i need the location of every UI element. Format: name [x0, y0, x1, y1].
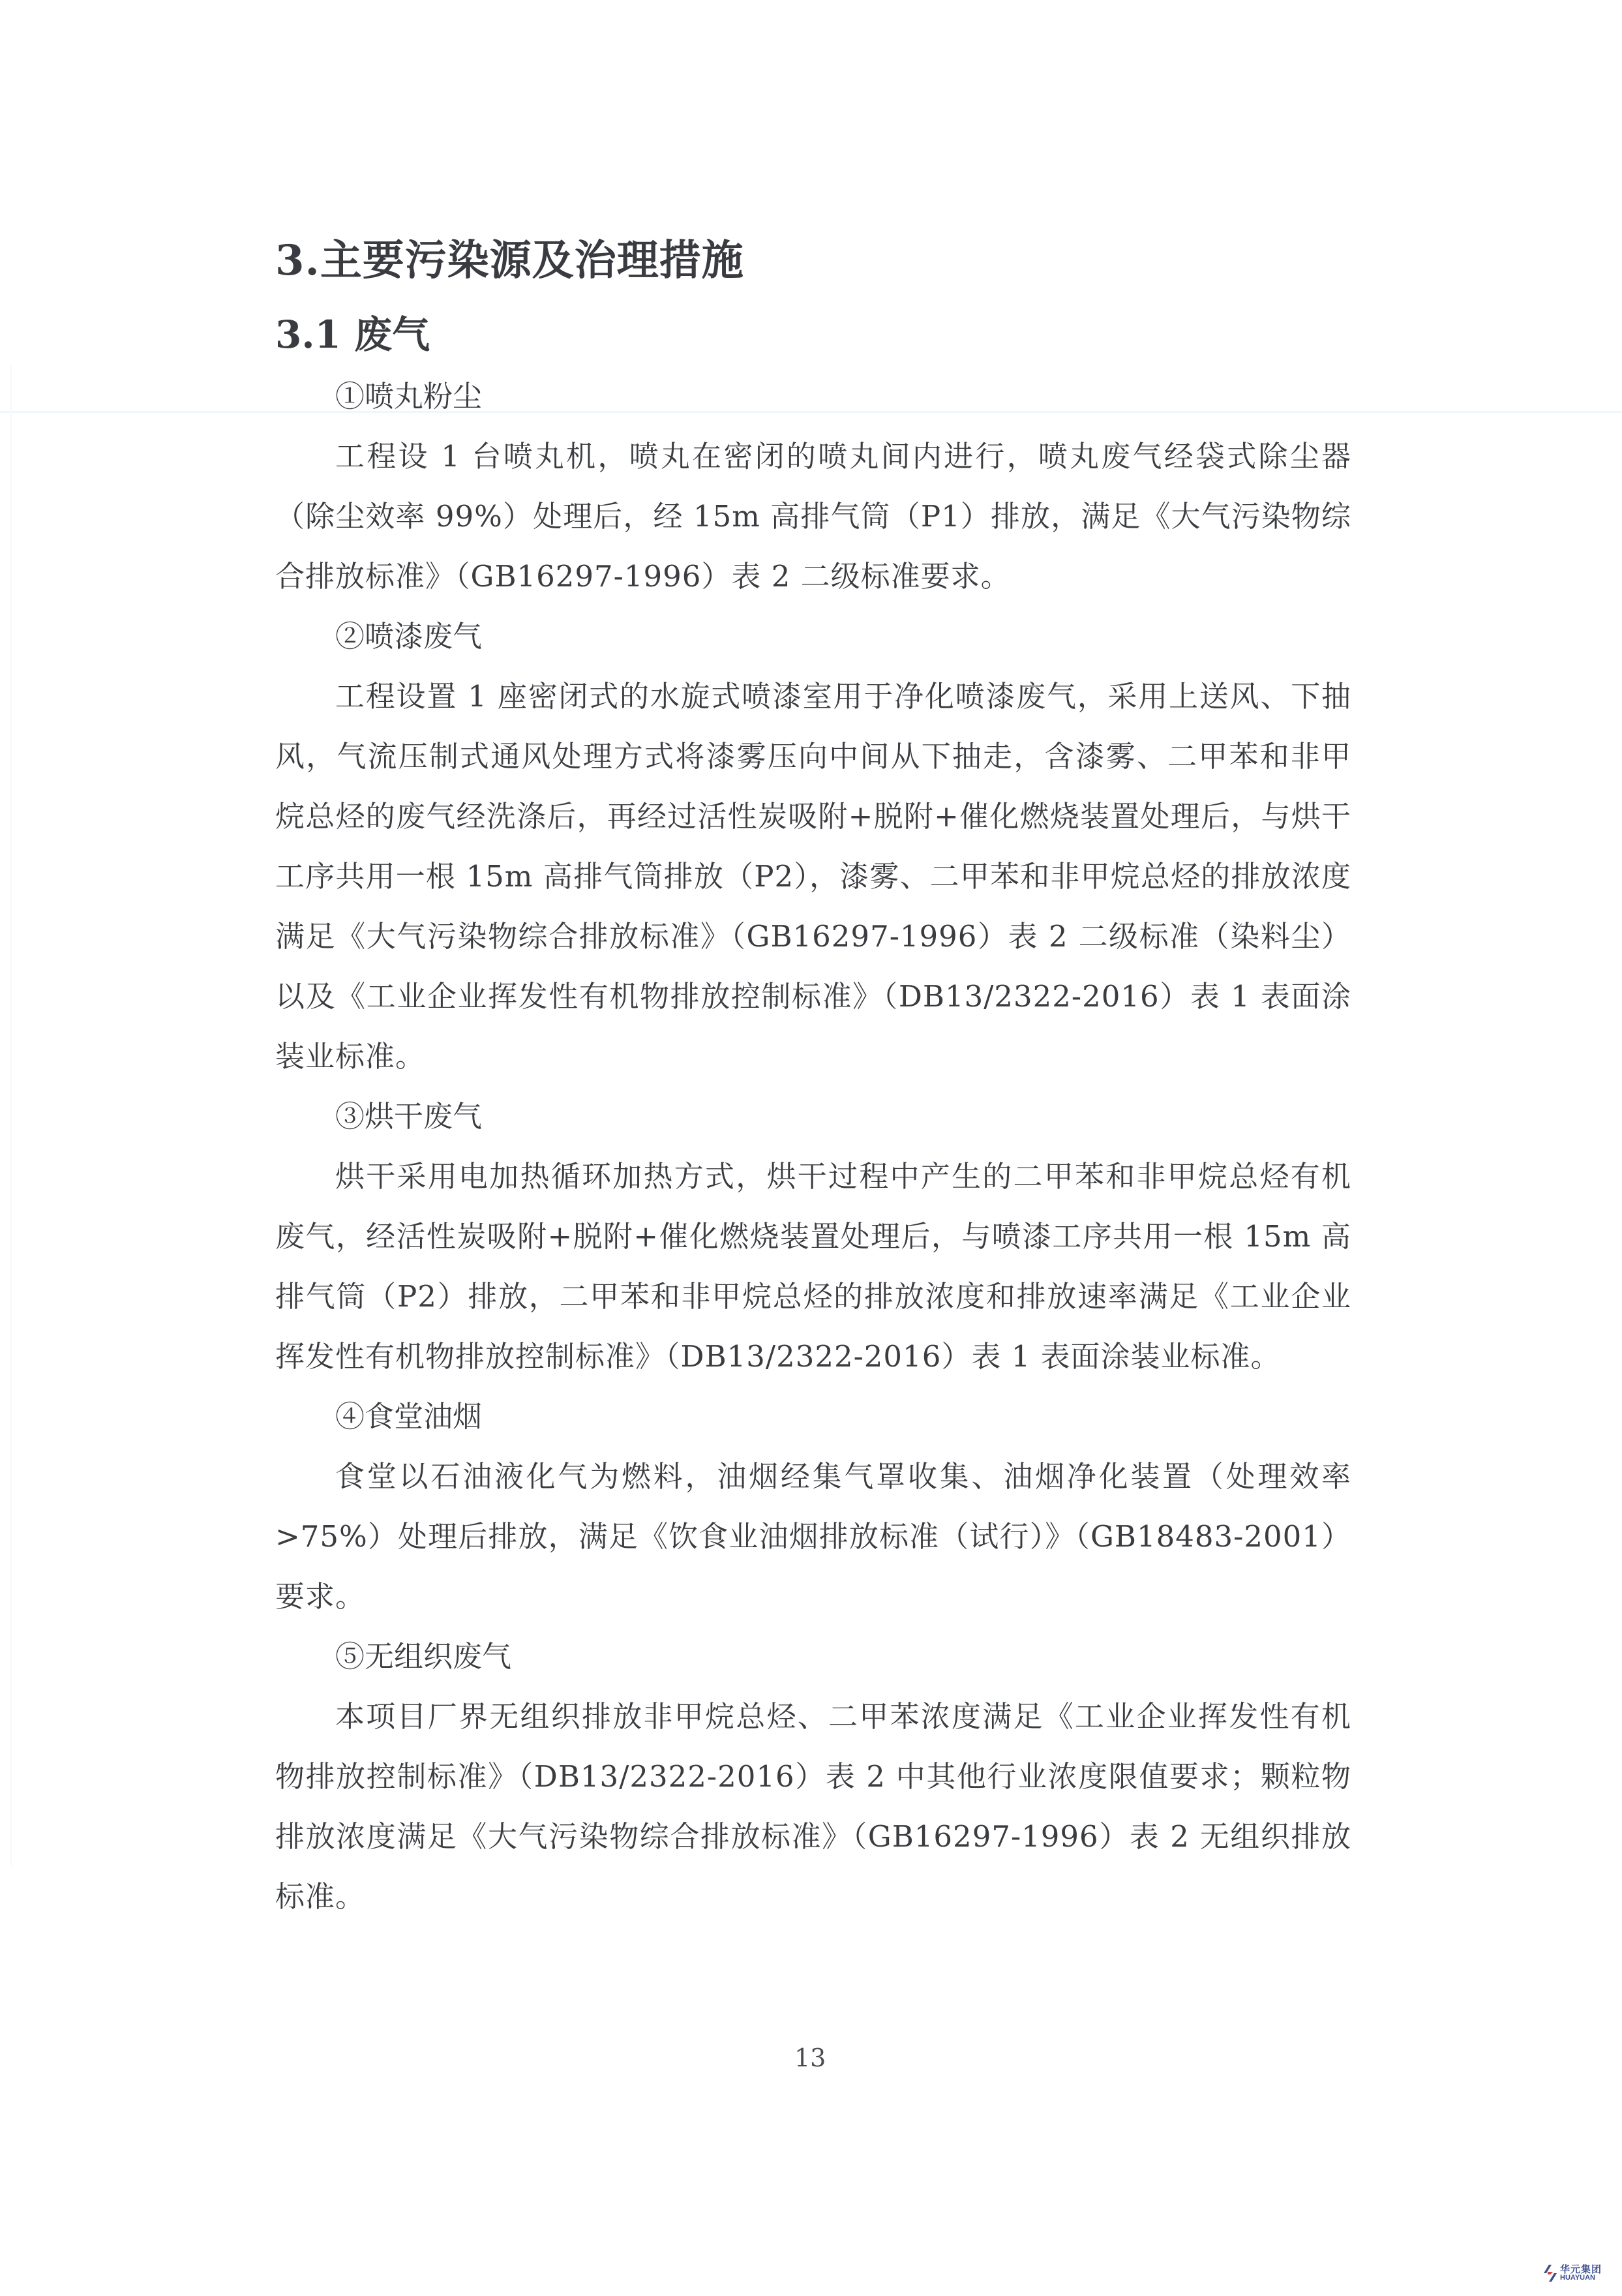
- huayuan-logo-icon: [1543, 2265, 1557, 2282]
- section-fugitive-emissions: ⑤无组织废气 本项目厂界无组织排放非甲烷总烃、二甲苯浓度满足《工业企业挥发性有机…: [275, 1627, 1351, 1927]
- item-title: ④食堂油烟: [275, 1387, 1351, 1447]
- subsection-heading-3-1: 3.1 废气: [275, 304, 430, 359]
- section-canteen-fumes: ④食堂油烟 食堂以石油液化气为燃料，油烟经集气罩收集、油烟净化装置（处理效率>7…: [275, 1387, 1351, 1627]
- section-drying-exhaust: ③烘干废气 烘干采用电加热循环加热方式，烘干过程中产生的二甲苯和非甲烷总烃有机废…: [275, 1087, 1351, 1387]
- item-title: ①喷丸粉尘: [275, 367, 1351, 427]
- logo-name-en: HUAYUAN: [1560, 2274, 1602, 2282]
- item-paragraph: 烘干采用电加热循环加热方式，烘干过程中产生的二甲苯和非甲烷总烃有机废气，经活性炭…: [275, 1147, 1351, 1387]
- item-title: ③烘干废气: [275, 1087, 1351, 1147]
- item-paragraph: 工程设置 1 座密闭式的水旋式喷漆室用于净化喷漆废气，采用上送风、下抽风，气流压…: [275, 667, 1351, 1087]
- page-number: 13: [794, 2044, 826, 2072]
- section-shot-blasting-dust: ①喷丸粉尘 工程设 1 台喷丸机，喷丸在密闭的喷丸间内进行，喷丸废气经袋式除尘器…: [275, 367, 1351, 607]
- company-logo: 华元集团 HUAYUAN: [1543, 2265, 1602, 2282]
- item-paragraph: 工程设 1 台喷丸机，喷丸在密闭的喷丸间内进行，喷丸废气经袋式除尘器（除尘效率 …: [275, 427, 1351, 607]
- section-heading-3: 3.主要污染源及治理措施: [275, 227, 744, 287]
- item-title: ⑤无组织废气: [275, 1627, 1351, 1687]
- scan-artifact-edge: [10, 365, 12, 1865]
- section-painting-exhaust: ②喷漆废气 工程设置 1 座密闭式的水旋式喷漆室用于净化喷漆废气，采用上送风、下…: [275, 607, 1351, 1087]
- item-paragraph: 本项目厂界无组织排放非甲烷总烃、二甲苯浓度满足《工业企业挥发性有机物排放控制标准…: [275, 1687, 1351, 1927]
- logo-name-cn: 华元集团: [1560, 2265, 1602, 2274]
- item-title: ②喷漆废气: [275, 607, 1351, 667]
- item-paragraph: 食堂以石油液化气为燃料，油烟经集气罩收集、油烟净化装置（处理效率>75%）处理后…: [275, 1447, 1351, 1627]
